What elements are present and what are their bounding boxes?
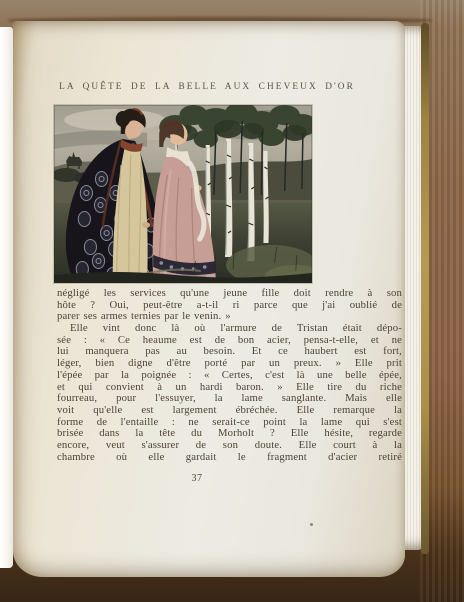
text-line: l'épée par la poignée : « Certes, c'est …: [57, 370, 402, 382]
text-line: encore, veut s'assurer de son doute. Ell…: [57, 440, 402, 452]
page-speck: [310, 523, 313, 526]
facing-page-edge: [0, 27, 13, 568]
book-photo: LA QUÊTE DE LA BELLE AUX CHEVEUX D'OR: [0, 0, 464, 602]
text-line: sée : « Ce heaume est de bon acier, pens…: [57, 335, 402, 347]
text-line: parer ses armes ternies par le venin. »: [57, 311, 402, 323]
woman-hand: [142, 222, 150, 228]
body-text: négligé les services qu'une jeune fille …: [57, 288, 402, 463]
text-line: fourreau, pour l'essuyer, la lame sangla…: [57, 393, 402, 405]
page-number: 37: [57, 473, 337, 484]
running-title: LA QUÊTE DE LA BELLE AUX CHEVEUX D'OR: [57, 82, 357, 92]
illustration-plate: [54, 105, 312, 283]
gilt-cover-edge: [421, 23, 429, 554]
text-line: négligé les services qu'une jeune fille …: [57, 288, 402, 300]
text-line: lui manquera pas au besoin. Et ce hauber…: [57, 346, 402, 358]
text-line: et qui convient à un hardi baron. » Elle…: [57, 382, 402, 394]
fore-edge-pages: [402, 26, 423, 550]
text-line: chambre où elle gardait le fragment d'ac…: [57, 452, 402, 464]
text-line: hôte ? Oui, peut-être a-t-il ri parce qu…: [57, 300, 402, 312]
text-line: voit qu'elle est largement ébréchée. Ell…: [57, 405, 402, 417]
text-line: forme de l'entaille : ne serait-ce point…: [57, 417, 402, 429]
text-line: Elle vint donc là où l'armure de Tristan…: [57, 323, 402, 335]
book-page: LA QUÊTE DE LA BELLE AUX CHEVEUX D'OR: [13, 21, 405, 577]
text-line: léger, bien digne d'être porté par un pr…: [57, 358, 402, 370]
text-line: brisée dans la tête du Morholt ? Elle hé…: [57, 428, 402, 440]
woman-hair-bun: [116, 111, 130, 127]
